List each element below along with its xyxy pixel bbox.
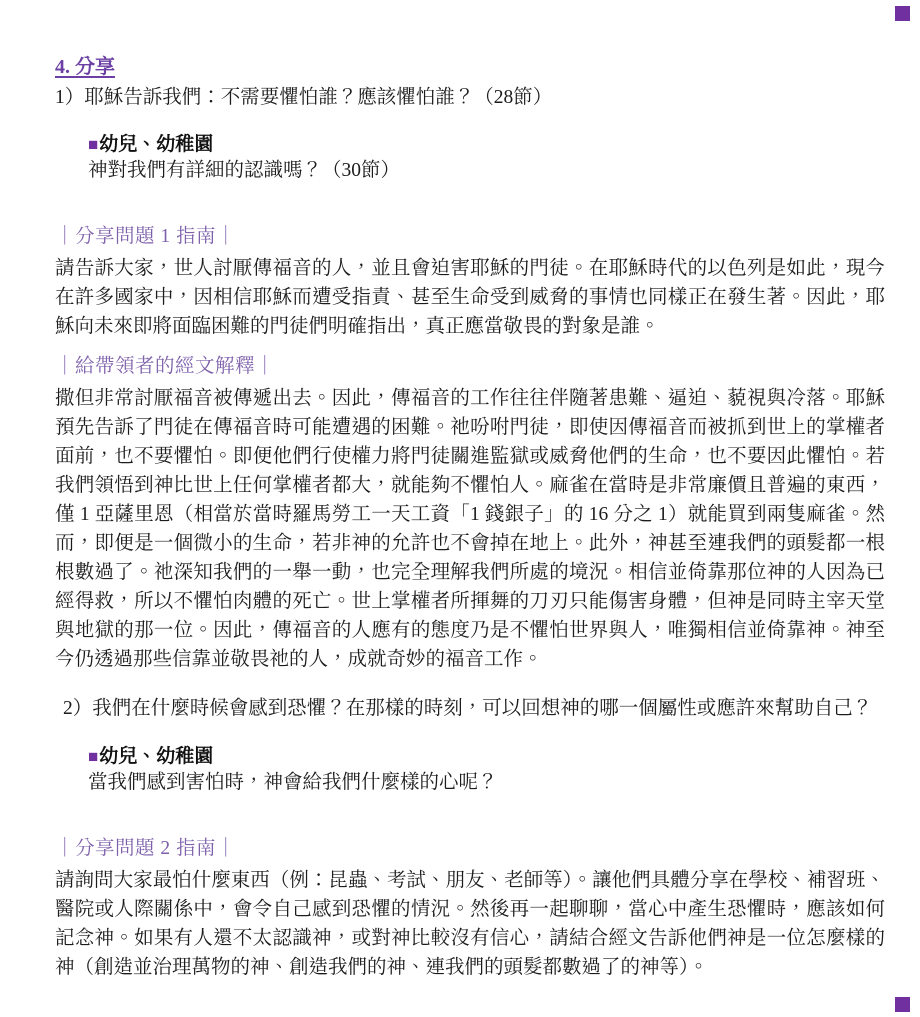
document-page: 4. 分享 1）耶穌告訴我們：不需要懼怕誰？應該懼怕誰？（28節） ■幼兒、幼稚… — [0, 0, 920, 1017]
guide-1-body: 請告訴大家，世人討厭傳福音的人，並且會迫害耶穌的門徒。在耶穌時代的以色列是如此，… — [55, 254, 885, 341]
page-corner-marker-icon — [895, 6, 910, 21]
kids-section-2-label: 幼兒、幼稚園 — [99, 746, 213, 767]
bullet-square-icon: ■ — [88, 135, 98, 154]
section-heading: 4. 分享 — [55, 56, 885, 78]
guide-1-title: ｜分享問題 1 指南｜ — [55, 227, 885, 247]
guide-2-body: 請詢問大家最怕什麼東西（例：昆蟲、考試、朋友、老師等）。讓他們具體分享在學校、補… — [55, 866, 885, 982]
exegesis-body: 撒但非常討厭福音被傳遞出去。因此，傳福音的工作往往伴隨著患難、逼迫、藐視與冷落。… — [55, 384, 885, 674]
guide-2-title: ｜分享問題 2 指南｜ — [55, 839, 885, 859]
kids-section-2-title: ■幼兒、幼稚園 — [88, 745, 885, 768]
kids-question-1: 神對我們有詳細的認識嗎？（30節） — [88, 159, 885, 183]
kids-section-1: ■幼兒、幼稚園 神對我們有詳細的認識嗎？（30節） — [88, 133, 885, 183]
kids-section-2: ■幼兒、幼稚園 當我們感到害怕時，神會給我們什麼樣的心呢？ — [88, 745, 885, 795]
question-1-text: 1）耶穌告訴我們：不需要懼怕誰？應該懼怕誰？（28節） — [55, 85, 885, 111]
page-corner-marker-icon — [895, 997, 910, 1012]
bullet-square-icon: ■ — [88, 747, 98, 766]
kids-section-1-label: 幼兒、幼稚園 — [99, 134, 213, 155]
question-2-text: 2）我們在什麼時候會感到恐懼？在那樣的時刻，可以回想神的哪一個屬性或應許來幫助自… — [55, 694, 885, 723]
exegesis-title: ｜給帶領者的經文解釋｜ — [55, 357, 885, 377]
kids-section-1-title: ■幼兒、幼稚園 — [88, 133, 885, 156]
kids-question-2: 當我們感到害怕時，神會給我們什麼樣的心呢？ — [88, 771, 885, 795]
